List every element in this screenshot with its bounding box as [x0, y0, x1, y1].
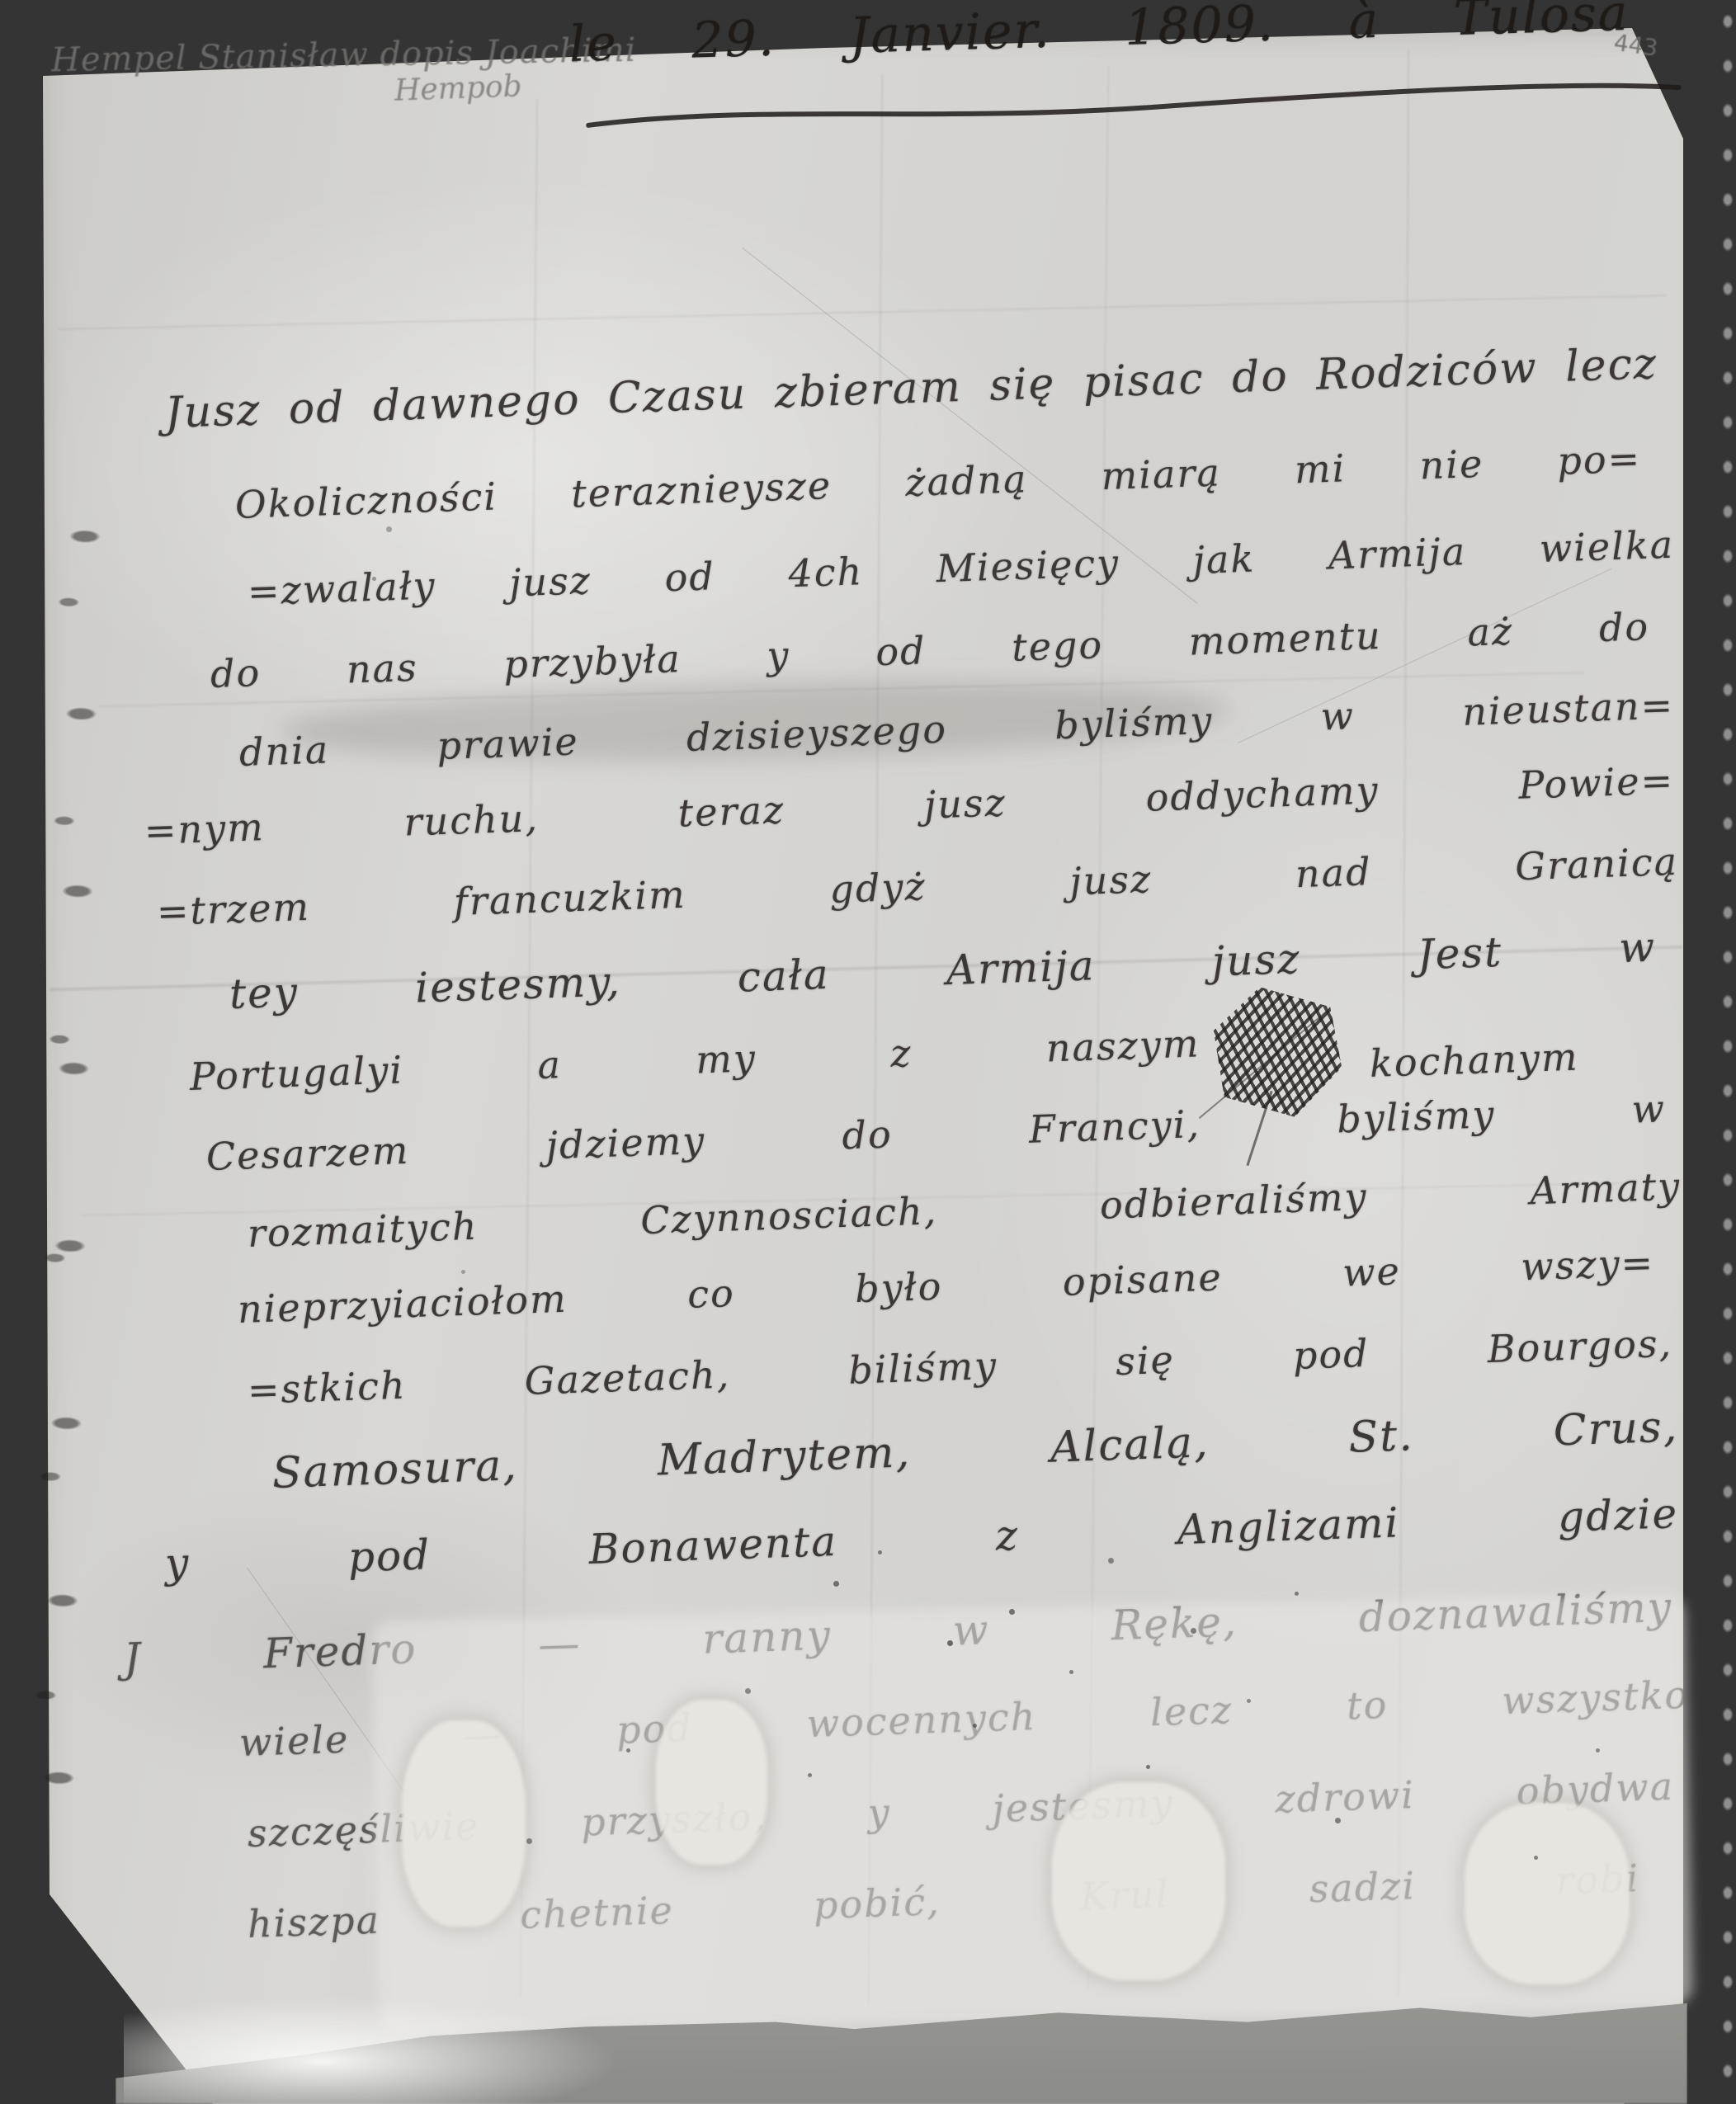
stain-spot-2 — [656, 1700, 767, 1865]
stain-spot-3 — [1052, 1782, 1225, 1980]
stain-spot-4 — [1465, 1803, 1630, 1984]
scan-root: Hempel Stanisław dopis Joachimi Hempob 4… — [0, 0, 1736, 2104]
stain-spot-1 — [402, 1720, 526, 1927]
pencil-annotation-line2: Hempob — [394, 70, 522, 107]
bottom-left-flare — [124, 1997, 619, 2104]
letter-line-9-after-blot: kochanym — [1369, 1033, 1618, 1087]
film-margin-sprockets — [1711, 0, 1736, 2104]
dirt-speckles — [0, 0, 2, 2]
